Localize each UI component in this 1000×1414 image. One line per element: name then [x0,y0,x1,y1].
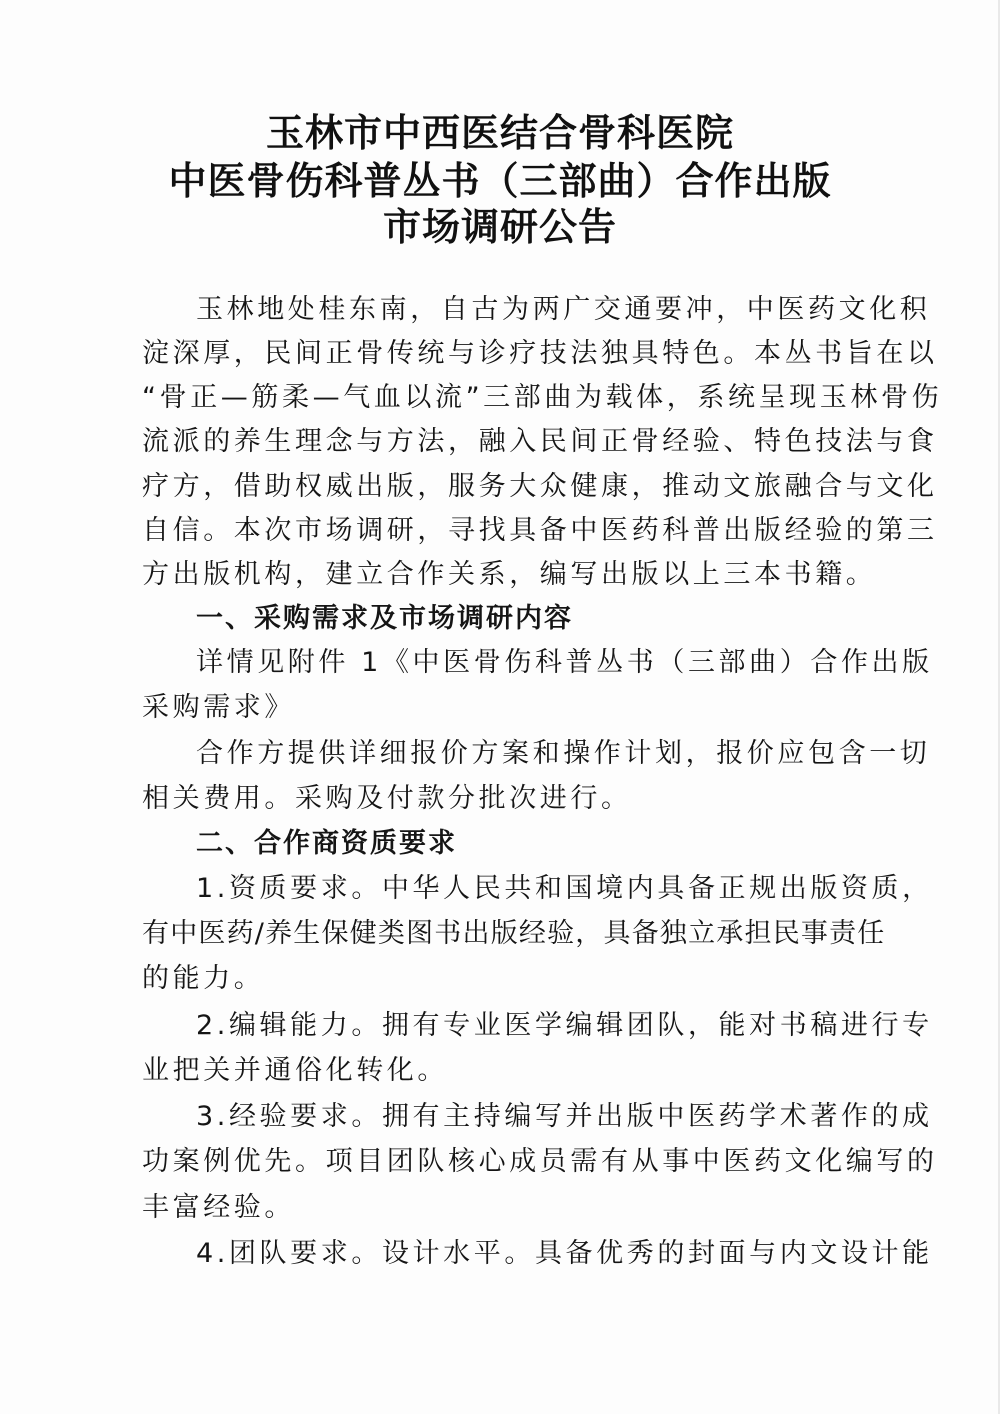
intro-line: “骨正—筋柔—气血以流”三部曲为载体，系统呈现玉林骨伤 [142,380,850,416]
intro-line: 流派的养生理念与方法，融入民间正骨经验、特色技法与食 [142,424,850,460]
requirement-2-line: 业把关并通俗化转化。 [142,1053,850,1089]
title-book-series: 中医骨伤科普丛书（三部曲）合作出版 [0,158,1000,204]
requirement-1-line: 有中医药/养生保健类图书出版经验，具备独立承担民事责任 [142,916,850,952]
section-heading-qualifications: 二、合作商资质要求 [196,826,850,862]
requirement-4-line: 4.团队要求。设计水平。具备优秀的封面与内文设计能 [196,1236,850,1272]
requirement-3-line: 3.经验要求。拥有主持编写并出版中医药学术著作的成 [196,1099,850,1135]
title-hospital-name: 玉林市中西医结合骨科医院 [0,110,1000,156]
section-heading-procurement: 一、采购需求及市场调研内容 [196,601,850,637]
section1-line: 采购需求》 [142,690,850,726]
section1-line: 相关费用。采购及付款分批次进行。 [142,781,850,817]
intro-line: 自信。本次市场调研，寻找具备中医药科普出版经验的第三 [142,513,850,549]
requirement-3-line: 功案例优先。项目团队核心成员需有从事中医药文化编写的 [142,1144,850,1180]
requirement-3-line: 丰富经验。 [142,1190,850,1226]
title-announcement: 市场调研公告 [0,204,1000,250]
section1-line: 合作方提供详细报价方案和操作计划，报价应包含一切 [196,736,850,772]
intro-line: 疗方，借助权威出版，服务大众健康，推动文旅融合与文化 [142,469,850,505]
intro-line: 玉林地处桂东南，自古为两广交通要冲，中医药文化积 [196,292,850,328]
requirement-1-line: 1.资质要求。中华人民共和国境内具备正规出版资质， [196,871,850,907]
section1-line: 详情见附件 1《中医骨伤科普丛书（三部曲）合作出版 [196,645,850,681]
document-page: 玉林市中西医结合骨科医院 中医骨伤科普丛书（三部曲）合作出版 市场调研公告 玉林… [0,0,1000,1414]
requirement-2-line: 2.编辑能力。拥有专业医学编辑团队，能对书稿进行专 [196,1008,850,1044]
intro-line: 淀深厚，民间正骨传统与诊疗技法独具特色。本丛书旨在以 [142,336,850,372]
intro-line: 方出版机构，建立合作关系，编写出版以上三本书籍。 [142,557,850,593]
requirement-1-line: 的能力。 [142,961,850,997]
